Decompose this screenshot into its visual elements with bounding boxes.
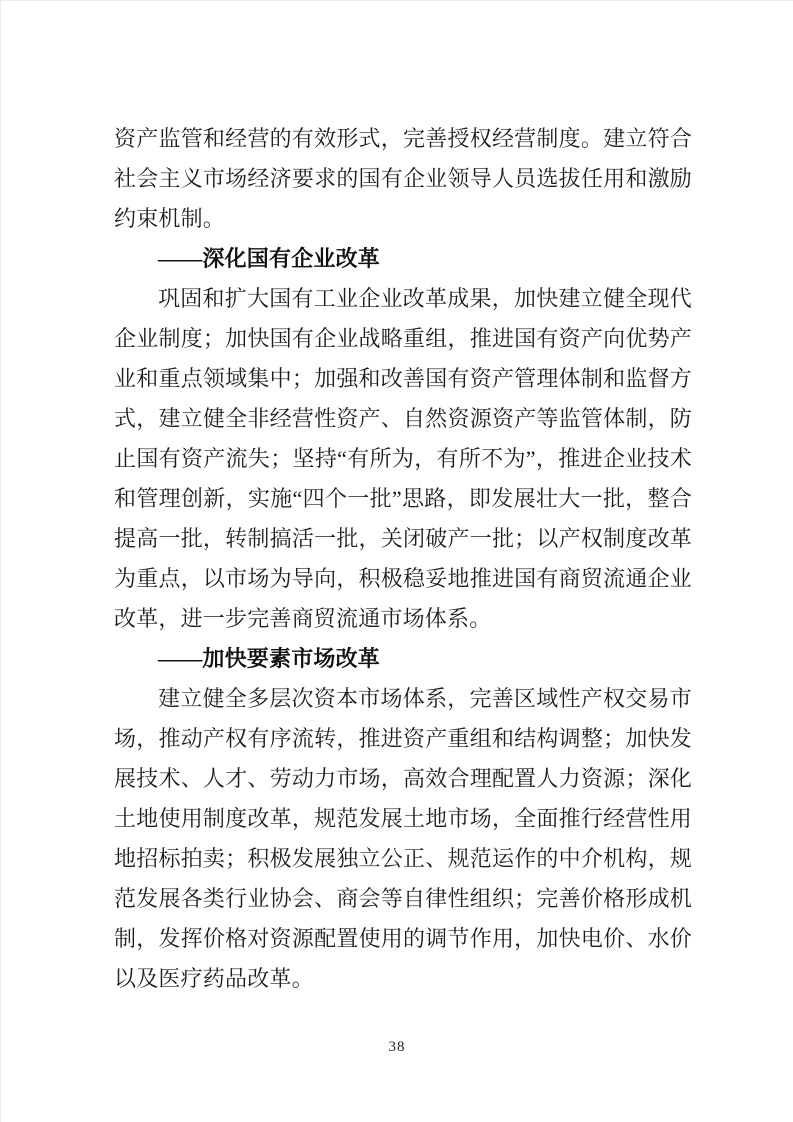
paragraph-factor-market-reform: 建立健全多层次资本市场体系，完善区域性产权交易市场，推动产权有序流转，推进资产重… xyxy=(114,679,692,999)
section-heading-factor-market-reform: ——加快要素市场改革 xyxy=(114,639,692,679)
paragraph-continuation: 资产监管和经营的有效形式，完善授权经营制度。建立符合社会主义市场经济要求的国有企… xyxy=(114,119,692,239)
document-page: 资产监管和经营的有效形式，完善授权经营制度。建立符合社会主义市场经济要求的国有企… xyxy=(0,0,793,1122)
page-content: 资产监管和经营的有效形式，完善授权经营制度。建立符合社会主义市场经济要求的国有企… xyxy=(114,119,692,999)
paragraph-soe-reform: 巩固和扩大国有工业企业改革成果，加快建立健全现代企业制度；加快国有企业战略重组，… xyxy=(114,279,692,639)
page-number: 38 xyxy=(1,1039,793,1056)
section-heading-soe-reform: ——深化国有企业改革 xyxy=(114,239,692,279)
